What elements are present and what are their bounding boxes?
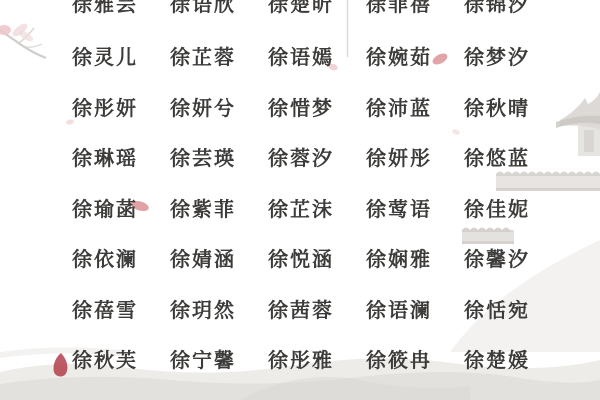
name-item: 徐菲蓓 bbox=[366, 0, 432, 15]
name-item: 徐紫菲 bbox=[170, 198, 236, 220]
name-item: 徐瑜菡 bbox=[72, 198, 138, 220]
name-item: 徐秋芙 bbox=[72, 349, 138, 371]
name-row: 徐雅芸徐语欣徐楚昕徐菲蓓徐锦汐 bbox=[72, 0, 530, 15]
name-item: 徐宁馨 bbox=[170, 349, 236, 371]
name-item: 徐语嫣 bbox=[268, 46, 334, 68]
name-item: 徐楚媛 bbox=[464, 349, 530, 371]
name-item: 徐琳瑶 bbox=[72, 147, 138, 169]
name-item: 徐恬宛 bbox=[464, 299, 530, 321]
name-item: 徐秋晴 bbox=[464, 97, 530, 119]
name-item: 徐妍兮 bbox=[170, 97, 236, 119]
name-item: 徐莺语 bbox=[366, 198, 432, 220]
name-item: 徐佳妮 bbox=[464, 198, 530, 220]
name-item: 徐灵儿 bbox=[72, 46, 138, 68]
name-item: 徐语澜 bbox=[366, 299, 432, 321]
name-item: 徐馨汐 bbox=[464, 248, 530, 270]
name-item: 徐梦汐 bbox=[464, 46, 530, 68]
name-item: 徐芷沫 bbox=[268, 198, 334, 220]
name-item: 徐雅芸 bbox=[72, 0, 138, 15]
name-item: 徐依澜 bbox=[72, 248, 138, 270]
name-row: 徐琳瑶徐芸瑛徐蓉汐徐妍彤徐悠蓝 bbox=[72, 147, 530, 169]
name-row: 徐依澜徐婧涵徐悦涵徐娴雅徐馨汐 bbox=[72, 248, 530, 270]
name-item: 徐筱冉 bbox=[366, 349, 432, 371]
name-item: 徐蓉汐 bbox=[268, 147, 334, 169]
name-item: 徐娴雅 bbox=[366, 248, 432, 270]
name-item: 徐彤妍 bbox=[72, 97, 138, 119]
name-item: 徐妍彤 bbox=[366, 147, 432, 169]
name-item: 徐楚昕 bbox=[268, 0, 334, 15]
name-row: 徐灵儿徐芷蓉徐语嫣徐婉茹徐梦汐 bbox=[72, 46, 530, 68]
name-item: 徐婧涵 bbox=[170, 248, 236, 270]
name-item: 徐锦汐 bbox=[464, 0, 530, 15]
name-row: 徐秋芙徐宁馨徐彤雅徐筱冉徐楚媛 bbox=[72, 349, 530, 371]
name-grid: 徐雅芸徐语欣徐楚昕徐菲蓓徐锦汐徐灵儿徐芷蓉徐语嫣徐婉茹徐梦汐徐彤妍徐妍兮徐惜梦徐… bbox=[0, 0, 600, 400]
name-item: 徐茜蓉 bbox=[268, 299, 334, 321]
name-item: 徐惜梦 bbox=[268, 97, 334, 119]
name-item: 徐彤雅 bbox=[268, 349, 334, 371]
name-item: 徐芸瑛 bbox=[170, 147, 236, 169]
name-row: 徐蓓雪徐玥然徐茜蓉徐语澜徐恬宛 bbox=[72, 299, 530, 321]
name-item: 徐沛蓝 bbox=[366, 97, 432, 119]
name-item: 徐语欣 bbox=[170, 0, 236, 15]
name-item: 徐悦涵 bbox=[268, 248, 334, 270]
name-list-page: 徐雅芸徐语欣徐楚昕徐菲蓓徐锦汐徐灵儿徐芷蓉徐语嫣徐婉茹徐梦汐徐彤妍徐妍兮徐惜梦徐… bbox=[0, 0, 600, 400]
name-item: 徐悠蓝 bbox=[464, 147, 530, 169]
name-item: 徐芷蓉 bbox=[170, 46, 236, 68]
name-row: 徐瑜菡徐紫菲徐芷沫徐莺语徐佳妮 bbox=[72, 198, 530, 220]
name-item: 徐玥然 bbox=[170, 299, 236, 321]
name-item: 徐婉茹 bbox=[366, 46, 432, 68]
name-row: 徐彤妍徐妍兮徐惜梦徐沛蓝徐秋晴 bbox=[72, 97, 530, 119]
name-item: 徐蓓雪 bbox=[72, 299, 138, 321]
